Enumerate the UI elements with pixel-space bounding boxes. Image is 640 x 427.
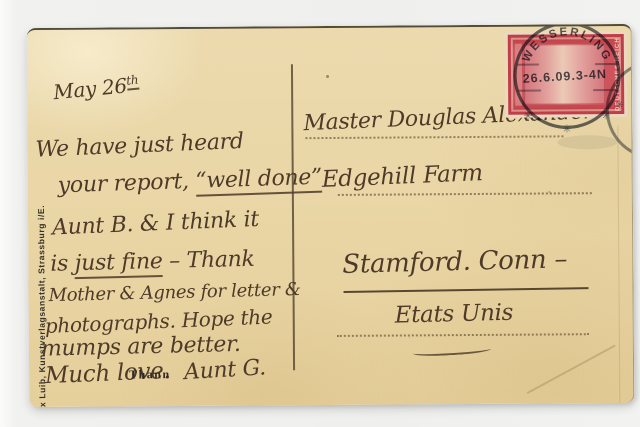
message-emphasis-just-fine: just fine bbox=[74, 249, 162, 279]
postmark-star: ✳ bbox=[523, 111, 532, 123]
address-flourish-dash bbox=[413, 345, 491, 358]
message-date-suffix: th bbox=[126, 73, 139, 91]
message-line-4-tail: – Thank bbox=[162, 247, 255, 274]
address-line-3: Stamford. Conn – bbox=[342, 246, 567, 277]
postmark-star: ✳ bbox=[562, 123, 571, 135]
message-line-2-text: your report, bbox=[57, 169, 195, 199]
message-line-4-text: is bbox=[50, 251, 75, 277]
address-underline-3 bbox=[344, 287, 589, 293]
message-emphasis-well-done: “well done” bbox=[195, 165, 322, 197]
address-line-4: Etats Unis bbox=[394, 302, 513, 328]
center-divider-line bbox=[291, 64, 295, 370]
message-date: May 26th bbox=[52, 74, 139, 103]
postmark-star: ✳ bbox=[615, 100, 623, 111]
paper-specks bbox=[326, 75, 329, 78]
printed-caption-thann: Thann bbox=[129, 367, 171, 382]
address-line-2: Edgehill Farm bbox=[321, 162, 483, 192]
message-line-7: mumps are better. bbox=[41, 334, 241, 361]
message-line-1: We have just heard bbox=[35, 131, 244, 162]
postmark-town-label: WESSERLING bbox=[520, 26, 613, 64]
message-line-2: your report, “well done” bbox=[57, 167, 322, 198]
scanned-postcard-photo: Felix Luib, Kunstverlagsanstalt, Strassb… bbox=[0, 0, 640, 427]
postmark-town-arc: WESSERLING bbox=[520, 26, 613, 64]
message-signature: Aunt G. bbox=[184, 357, 267, 384]
postmark: WESSERLING 26.6.09.3-4N ✳ ✳ ✳ ✳ bbox=[467, 24, 635, 173]
address-dotted-line-2 bbox=[338, 192, 592, 196]
card-crease bbox=[527, 345, 616, 394]
postmark-star: ✳ bbox=[601, 110, 610, 122]
ink-smudge bbox=[557, 135, 617, 149]
postmark-date: 26.6.09.3-4N bbox=[522, 67, 607, 86]
message-line-4: is just fine – Thank bbox=[50, 249, 255, 276]
address-dotted-line-4 bbox=[337, 333, 589, 337]
message-line-5: Mother & Agnes for letter & bbox=[48, 281, 301, 305]
message-line-3: Aunt B. & I think it bbox=[52, 209, 260, 240]
message-date-main: May 26 bbox=[52, 73, 128, 104]
postcard-back: Felix Luib, Kunstverlagsanstalt, Strassb… bbox=[27, 24, 635, 407]
